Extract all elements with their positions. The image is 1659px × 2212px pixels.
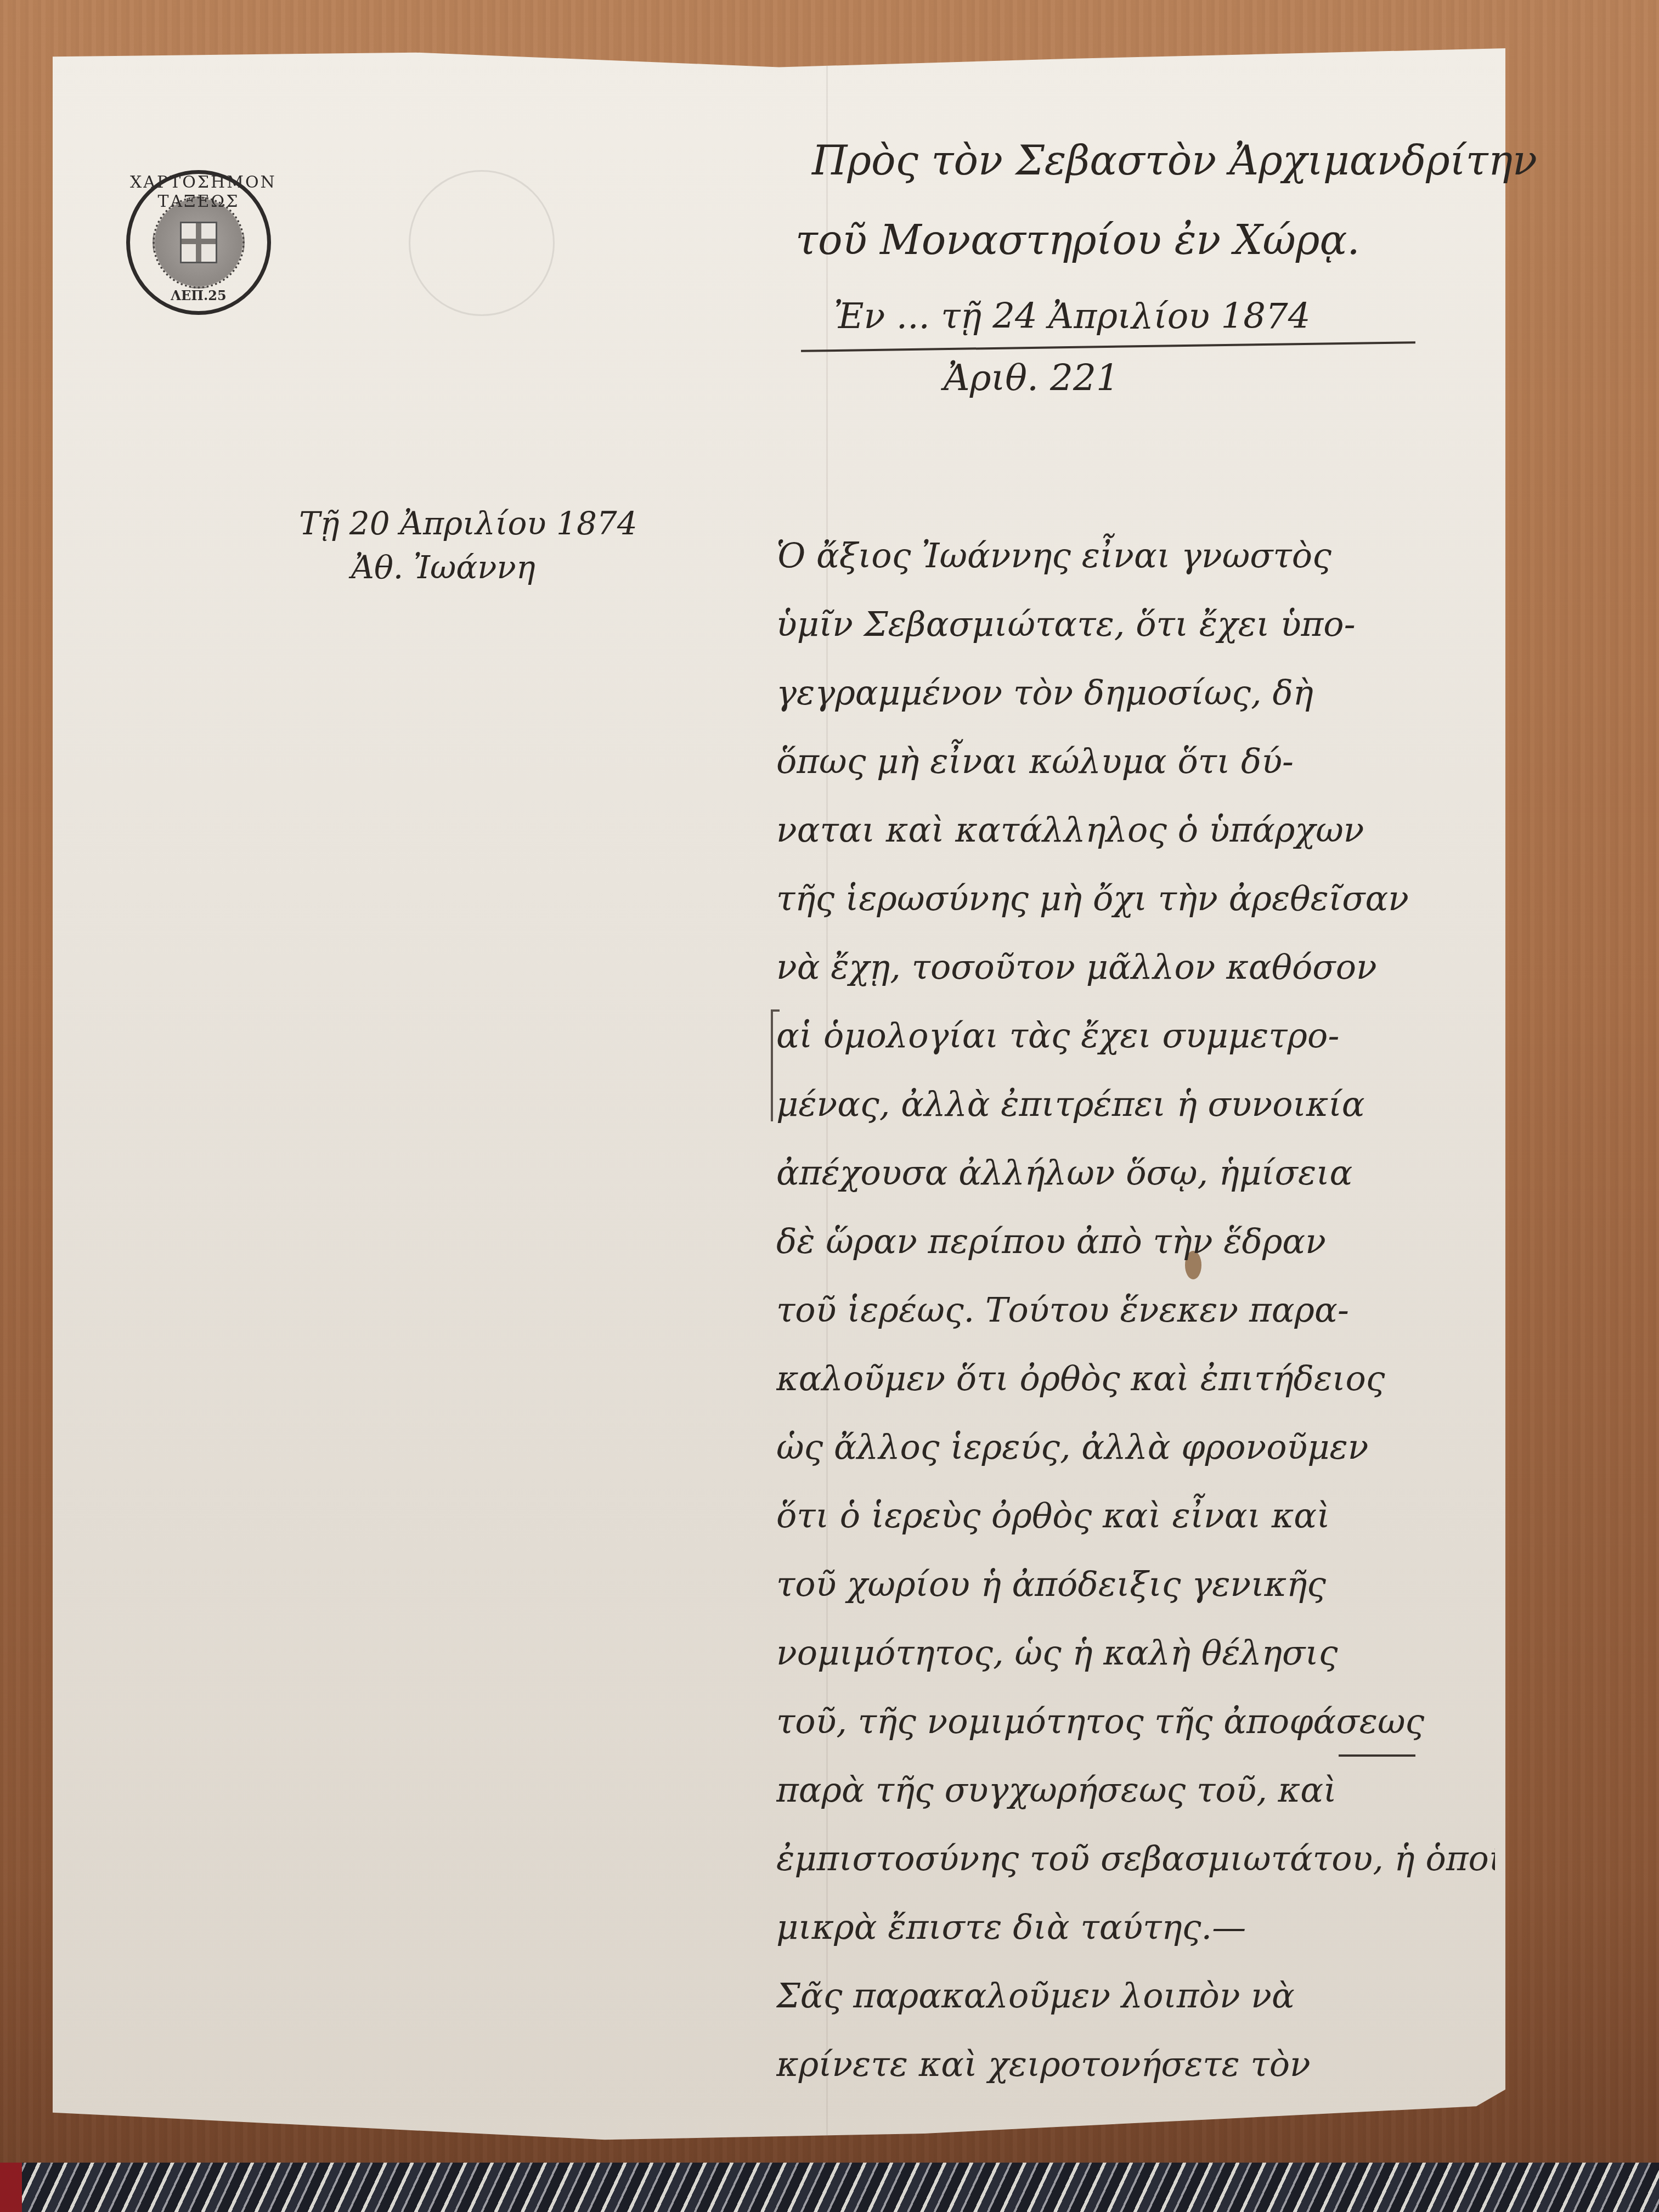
stamp-ring-text: ΧΑΡΤΟΣΗΜΟΝ ΤΑΞΕΩΣ bbox=[130, 173, 267, 211]
body-line: αἱ ὁμολογίαι τὰς ἔχει συμμετρο- bbox=[776, 1001, 1495, 1070]
margin-note-date: Τῇ 20 Ἀπριλίου 1874 bbox=[299, 505, 637, 542]
stamp-value: ΛΕΠ.25 bbox=[130, 287, 267, 303]
letter-date: Ἐν ... τῇ 24 Ἀπριλίου 1874 bbox=[834, 296, 1310, 337]
rug-red-corner bbox=[0, 2163, 22, 2212]
body-line: κρίνετε καὶ χειροτονήσετε τὸν bbox=[776, 2030, 1495, 2098]
body-line: ἐμπιστοσύνης τοῦ σεβασμιωτάτου, ἡ ὁποία bbox=[776, 1824, 1495, 1893]
body-line: ἀπέχουσα ἀλλήλων ὅσῳ, ἡμίσεια bbox=[776, 1138, 1495, 1207]
body-line: ὑμῖν Σεβασμιώτατε, ὅτι ἔχει ὑπο- bbox=[776, 590, 1495, 658]
body-line: ὡς ἄλλος ἱερεύς, ἀλλὰ φρονοῦμεν bbox=[776, 1413, 1495, 1481]
body-line: νομιμότητος, ὡς ἡ καλὴ θέλησις bbox=[776, 1618, 1495, 1687]
body-line: μικρὰ ἔπιστε διὰ ταύτης.— bbox=[776, 1893, 1495, 1961]
address-line-2: τοῦ Μοναστηρίου ἐν Χώρᾳ. bbox=[795, 217, 1360, 264]
body-line: τῆς ἱερωσύνης μὴ ὄχι τὴν ἀρεθεῖσαν bbox=[776, 864, 1495, 933]
body-line: καλοῦμεν ὅτι ὀρθὸς καὶ ἐπιτήδειος bbox=[776, 1344, 1495, 1413]
revenue-stamp: ΧΑΡΤΟΣΗΜΟΝ ΤΑΞΕΩΣ ΛΕΠ.25 bbox=[126, 170, 271, 315]
body-line: παρὰ τῆς συγχωρήσεως τοῦ, καὶ bbox=[776, 1756, 1495, 1824]
body-line: μένας, ἀλλὰ ἐπιτρέπει ἡ συνοικία bbox=[776, 1070, 1495, 1138]
address-line-1: Πρὸς τὸν Σεβαστὸν Ἀρχιμανδρίτην bbox=[812, 137, 1537, 184]
body-line: ναται καὶ κατάλληλος ὁ ὑπάρχων bbox=[776, 795, 1495, 864]
embossed-seal bbox=[409, 170, 555, 316]
body-line: τοῦ, τῆς νομιμότητος τῆς ἀποφάσεως bbox=[776, 1687, 1495, 1756]
body-line: δὲ ὥραν περίπου ἀπὸ τὴν ἕδραν bbox=[776, 1207, 1495, 1276]
body-line: τοῦ χωρίου ἡ ἀπόδειξις γενικῆς bbox=[776, 1550, 1495, 1618]
coat-of-arms-cross-icon bbox=[180, 222, 217, 263]
letter-body: Ὁ ἄξιος Ἰωάννης εἶναι γνωστὸς ὑμῖν Σεβασ… bbox=[776, 521, 1495, 2098]
body-line: Ὁ ἄξιος Ἰωάννης εἶναι γνωστὸς bbox=[776, 521, 1495, 590]
body-line: ὅπως μὴ εἶναι κώλυμα ὅτι δύ- bbox=[776, 727, 1495, 795]
body-line: τοῦ ἱερέως. Τούτου ἕνεκεν παρα- bbox=[776, 1276, 1495, 1344]
reference-number: Ἀριθ. 221 bbox=[944, 357, 1119, 399]
margin-note-name: Ἀθ. Ἰωάννη bbox=[351, 549, 535, 586]
body-line: ὅτι ὁ ἱερεὺς ὀρθὸς καὶ εἶναι καὶ bbox=[776, 1481, 1495, 1550]
body-line: νὰ ἔχῃ, τοσοῦτον μᾶλλον καθόσον bbox=[776, 933, 1495, 1001]
body-line: Σᾶς παρακαλοῦμεν λοιπὸν νὰ bbox=[776, 1961, 1495, 2030]
body-line: γεγραμμένον τὸν δημοσίως, δὴ bbox=[776, 658, 1495, 727]
patterned-rug bbox=[0, 2163, 1659, 2212]
